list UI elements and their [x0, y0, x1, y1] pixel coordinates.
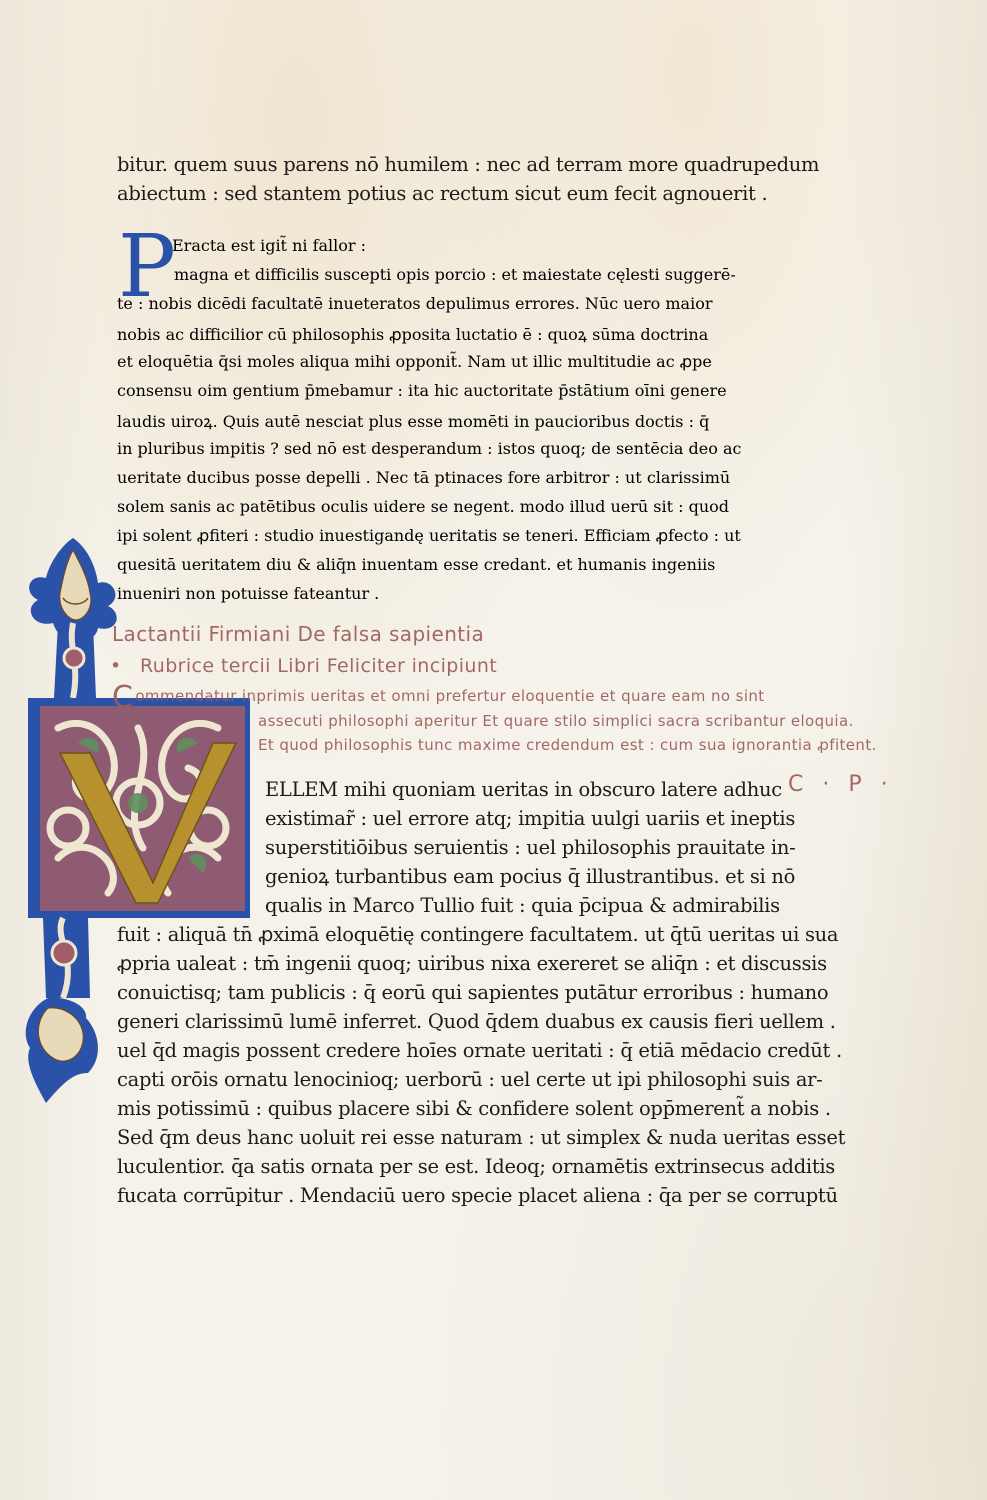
rubric-summary-text: ommendatur inprimis ueritas et omni pref…: [135, 687, 764, 705]
text-line: fuit : aliquā tn̄ ꝓximā eloquētię contin…: [117, 920, 777, 949]
text-line: consensu oim gentium p̄mebamur : ita hic…: [117, 381, 767, 410]
rubric-title: Lactantii Firmiani De falsa sapientia: [112, 622, 484, 646]
manuscript-page: bitur. quem suus parens nō humilem : nec…: [0, 0, 987, 1500]
text-line: uel q̄d magis possent credere hoīes orna…: [117, 1036, 777, 1065]
rubric-summary-line-1: Commendatur inprimis ueritas et omni pre…: [112, 680, 765, 715]
text-line: Eracta est igit̃ ni fallor :: [117, 236, 767, 265]
top-paragraph: bitur. quem suus parens nō humilem : nec…: [117, 150, 767, 208]
text-line: magna et difficilis suscepti opis porcio…: [117, 265, 767, 294]
v-paragraph: ELLEM mihi quoniam ueritas in obscuro la…: [117, 775, 777, 1210]
text-line: in pluribus impitis ? sed nō est despera…: [117, 439, 767, 468]
text-line: superstitiōibus seruientis : uel philoso…: [117, 833, 777, 862]
rubric-initial-c: C: [112, 680, 133, 715]
text-line: genioꝝ turbantibus eam pocius q̄ illustr…: [117, 862, 777, 891]
text-line: solem sanis ac patētibus oculis uidere s…: [117, 497, 767, 526]
text-line: fucata corrūpitur . Mendaciū uero specie…: [117, 1181, 777, 1210]
flower-finial-bottom-icon: [26, 998, 98, 1103]
text-line: abiectum : sed stantem potius ac rectum …: [117, 179, 767, 208]
rubric-summary-line-3: Et quod philosophis tunc maxime credendu…: [258, 736, 877, 754]
text-line: mis potissimū : quibus placere sibi & co…: [117, 1094, 777, 1123]
rubric-subtitle-text: Rubrice tercii Libri Feliciter incipiunt: [140, 655, 497, 677]
text-line: capti orōis ornatu lenocinioq; uerborū :…: [117, 1065, 777, 1094]
text-line: nobis ac difficilior cū philosophis ꝓpos…: [117, 323, 767, 352]
text-line: laudis uiroꝝ. Quis autē nesciat plus ess…: [117, 410, 767, 439]
text-line: ELLEM mihi quoniam ueritas in obscuro la…: [117, 775, 777, 804]
text-line: conuictisq; tam publicis : q̄ eorū qui s…: [117, 978, 777, 1007]
text-line: ueritate ducibus posse depelli . Nec tā …: [117, 468, 767, 497]
text-line: qualis in Marco Tullio fuit : quia p̄cip…: [117, 891, 777, 920]
rubric-summary-line-2: assecuti philosophi aperitur Et quare st…: [258, 712, 854, 730]
text-line: existimar̃ : uel errore atq; impitia uul…: [117, 804, 777, 833]
text-line: et eloquētia q̄si moles aliqua mihi oppo…: [117, 352, 767, 381]
margin-note: C · P ·: [788, 772, 894, 797]
text-line: te : nobis dicēdi facultatē inueteratos …: [117, 294, 767, 323]
text-line: bitur. quem suus parens nō humilem : nec…: [117, 150, 767, 179]
text-line: generi clarissimū lumē inferret. Quod q̄…: [117, 1007, 777, 1036]
text-line: ꝓpria ualeat : tm̄ ingenii quoq; uiribus…: [117, 949, 777, 978]
text-line: luculentior. q̄a satis ornata per se est…: [117, 1152, 777, 1181]
bullet-dot-icon: •: [110, 655, 122, 677]
rubric-subtitle: • Rubrice tercii Libri Feliciter incipiu…: [140, 655, 497, 677]
text-line: Sed q̄m deus hanc uoluit rei esse natura…: [117, 1123, 777, 1152]
